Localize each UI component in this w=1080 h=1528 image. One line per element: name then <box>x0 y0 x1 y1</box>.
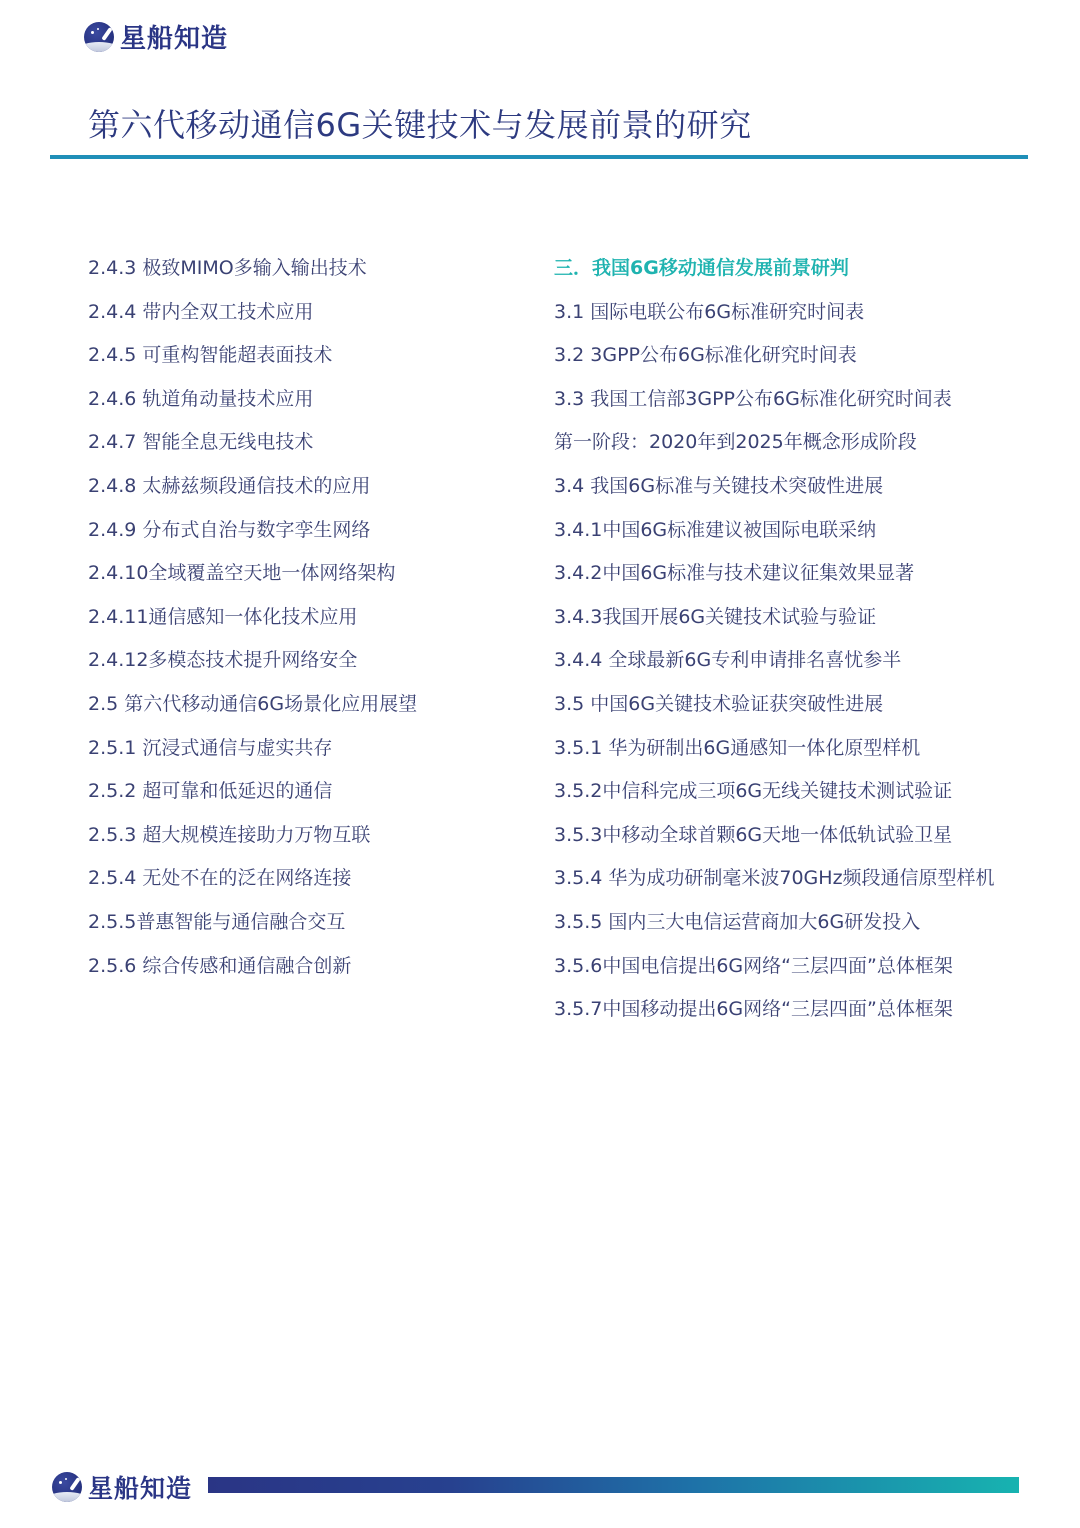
toc-item[interactable]: 3.5.5 国内三大电信运营商加大6G研发投入 <box>554 904 995 948</box>
toc-item[interactable]: 2.4.7 智能全息无线电技术 <box>88 424 417 468</box>
toc-item[interactable]: 3.4 我国6G标准与关键技术突破性进展 <box>554 468 995 512</box>
brand-name: 星船知造 <box>88 1469 192 1505</box>
toc-item[interactable]: 2.5.2 超可靠和低延迟的通信 <box>88 773 417 817</box>
toc-item[interactable]: 2.5.4 无处不在的泛在网络连接 <box>88 860 417 904</box>
toc-item[interactable]: 3.5 中国6G关键技术验证获突破性进展 <box>554 686 995 730</box>
toc-item[interactable]: 2.4.9 分布式自治与数字孪生网络 <box>88 512 417 556</box>
toc-item[interactable]: 2.4.10全域覆盖空天地一体网络架构 <box>88 555 417 599</box>
toc-item[interactable]: 2.4.3 极致MIMO多输入输出技术 <box>88 250 417 294</box>
toc-right-column: 三．我国6G移动通信发展前景研判 3.1 国际电联公布6G标准研究时间表 3.2… <box>554 250 995 1035</box>
toc-item[interactable]: 3.4.4 全球最新6G专利申请排名喜忧参半 <box>554 642 995 686</box>
toc-item[interactable]: 2.4.6 轨道角动量技术应用 <box>88 381 417 425</box>
toc-item[interactable]: 2.4.11通信感知一体化技术应用 <box>88 599 417 643</box>
toc-item[interactable]: 3.4.3我国开展6G关键技术试验与验证 <box>554 599 995 643</box>
toc-item[interactable]: 3.4.1中国6G标准建议被国际电联采纳 <box>554 512 995 556</box>
toc-item[interactable]: 2.5.6 综合传感和通信融合创新 <box>88 948 417 992</box>
toc-item[interactable]: 3.5.7中国移动提出6G网络“三层四面”总体框架 <box>554 991 995 1035</box>
toc-item[interactable]: 2.5.1 沉浸式通信与虚实共存 <box>88 730 417 774</box>
toc-item[interactable]: 3.5.4 华为成功研制毫米波70GHz频段通信原型样机 <box>554 860 995 904</box>
toc-item[interactable]: 2.4.8 太赫兹频段通信技术的应用 <box>88 468 417 512</box>
document-title: 第六代移动通信6G关键技术与发展前景的研究 <box>88 100 752 146</box>
toc-item[interactable]: 3.3 我国工信部3GPP公布6G标准化研究时间表 <box>554 381 995 425</box>
toc-item[interactable]: 3.5.6中国电信提出6G网络“三层四面”总体框架 <box>554 948 995 992</box>
toc-item[interactable]: 第一阶段：2020年到2025年概念形成阶段 <box>554 424 995 468</box>
toc-item[interactable]: 2.4.5 可重构智能超表面技术 <box>88 337 417 381</box>
brand-footer: 星船知造 <box>52 1469 192 1505</box>
logo-icon <box>52 1472 82 1502</box>
brand-name: 星船知造 <box>120 18 228 55</box>
toc-section-heading[interactable]: 三．我国6G移动通信发展前景研判 <box>554 250 995 294</box>
title-divider <box>50 155 1028 159</box>
toc-item[interactable]: 3.5.3中移动全球首颗6G天地一体低轨试验卫星 <box>554 817 995 861</box>
toc-item[interactable]: 2.5.5普惠智能与通信融合交互 <box>88 904 417 948</box>
brand-header: 星船知造 <box>84 18 228 55</box>
toc-item[interactable]: 2.4.12多模态技术提升网络安全 <box>88 642 417 686</box>
logo-icon <box>84 22 114 52</box>
toc-left-column: 2.4.3 极致MIMO多输入输出技术 2.4.4 带内全双工技术应用 2.4.… <box>88 250 417 991</box>
toc-item[interactable]: 3.1 国际电联公布6G标准研究时间表 <box>554 294 995 338</box>
toc-item[interactable]: 3.5.1 华为研制出6G通感知一体化原型样机 <box>554 730 995 774</box>
toc-item[interactable]: 2.4.4 带内全双工技术应用 <box>88 294 417 338</box>
toc-item[interactable]: 3.4.2中国6G标准与技术建议征集效果显著 <box>554 555 995 599</box>
toc-item[interactable]: 2.5 第六代移动通信6G场景化应用展望 <box>88 686 417 730</box>
toc-item[interactable]: 3.2 3GPP公布6G标准化研究时间表 <box>554 337 995 381</box>
toc-item[interactable]: 2.5.3 超大规模连接助力万物互联 <box>88 817 417 861</box>
footer-gradient-bar <box>208 1477 1019 1493</box>
toc-item[interactable]: 3.5.2中信科完成三项6G无线关键技术测试验证 <box>554 773 995 817</box>
